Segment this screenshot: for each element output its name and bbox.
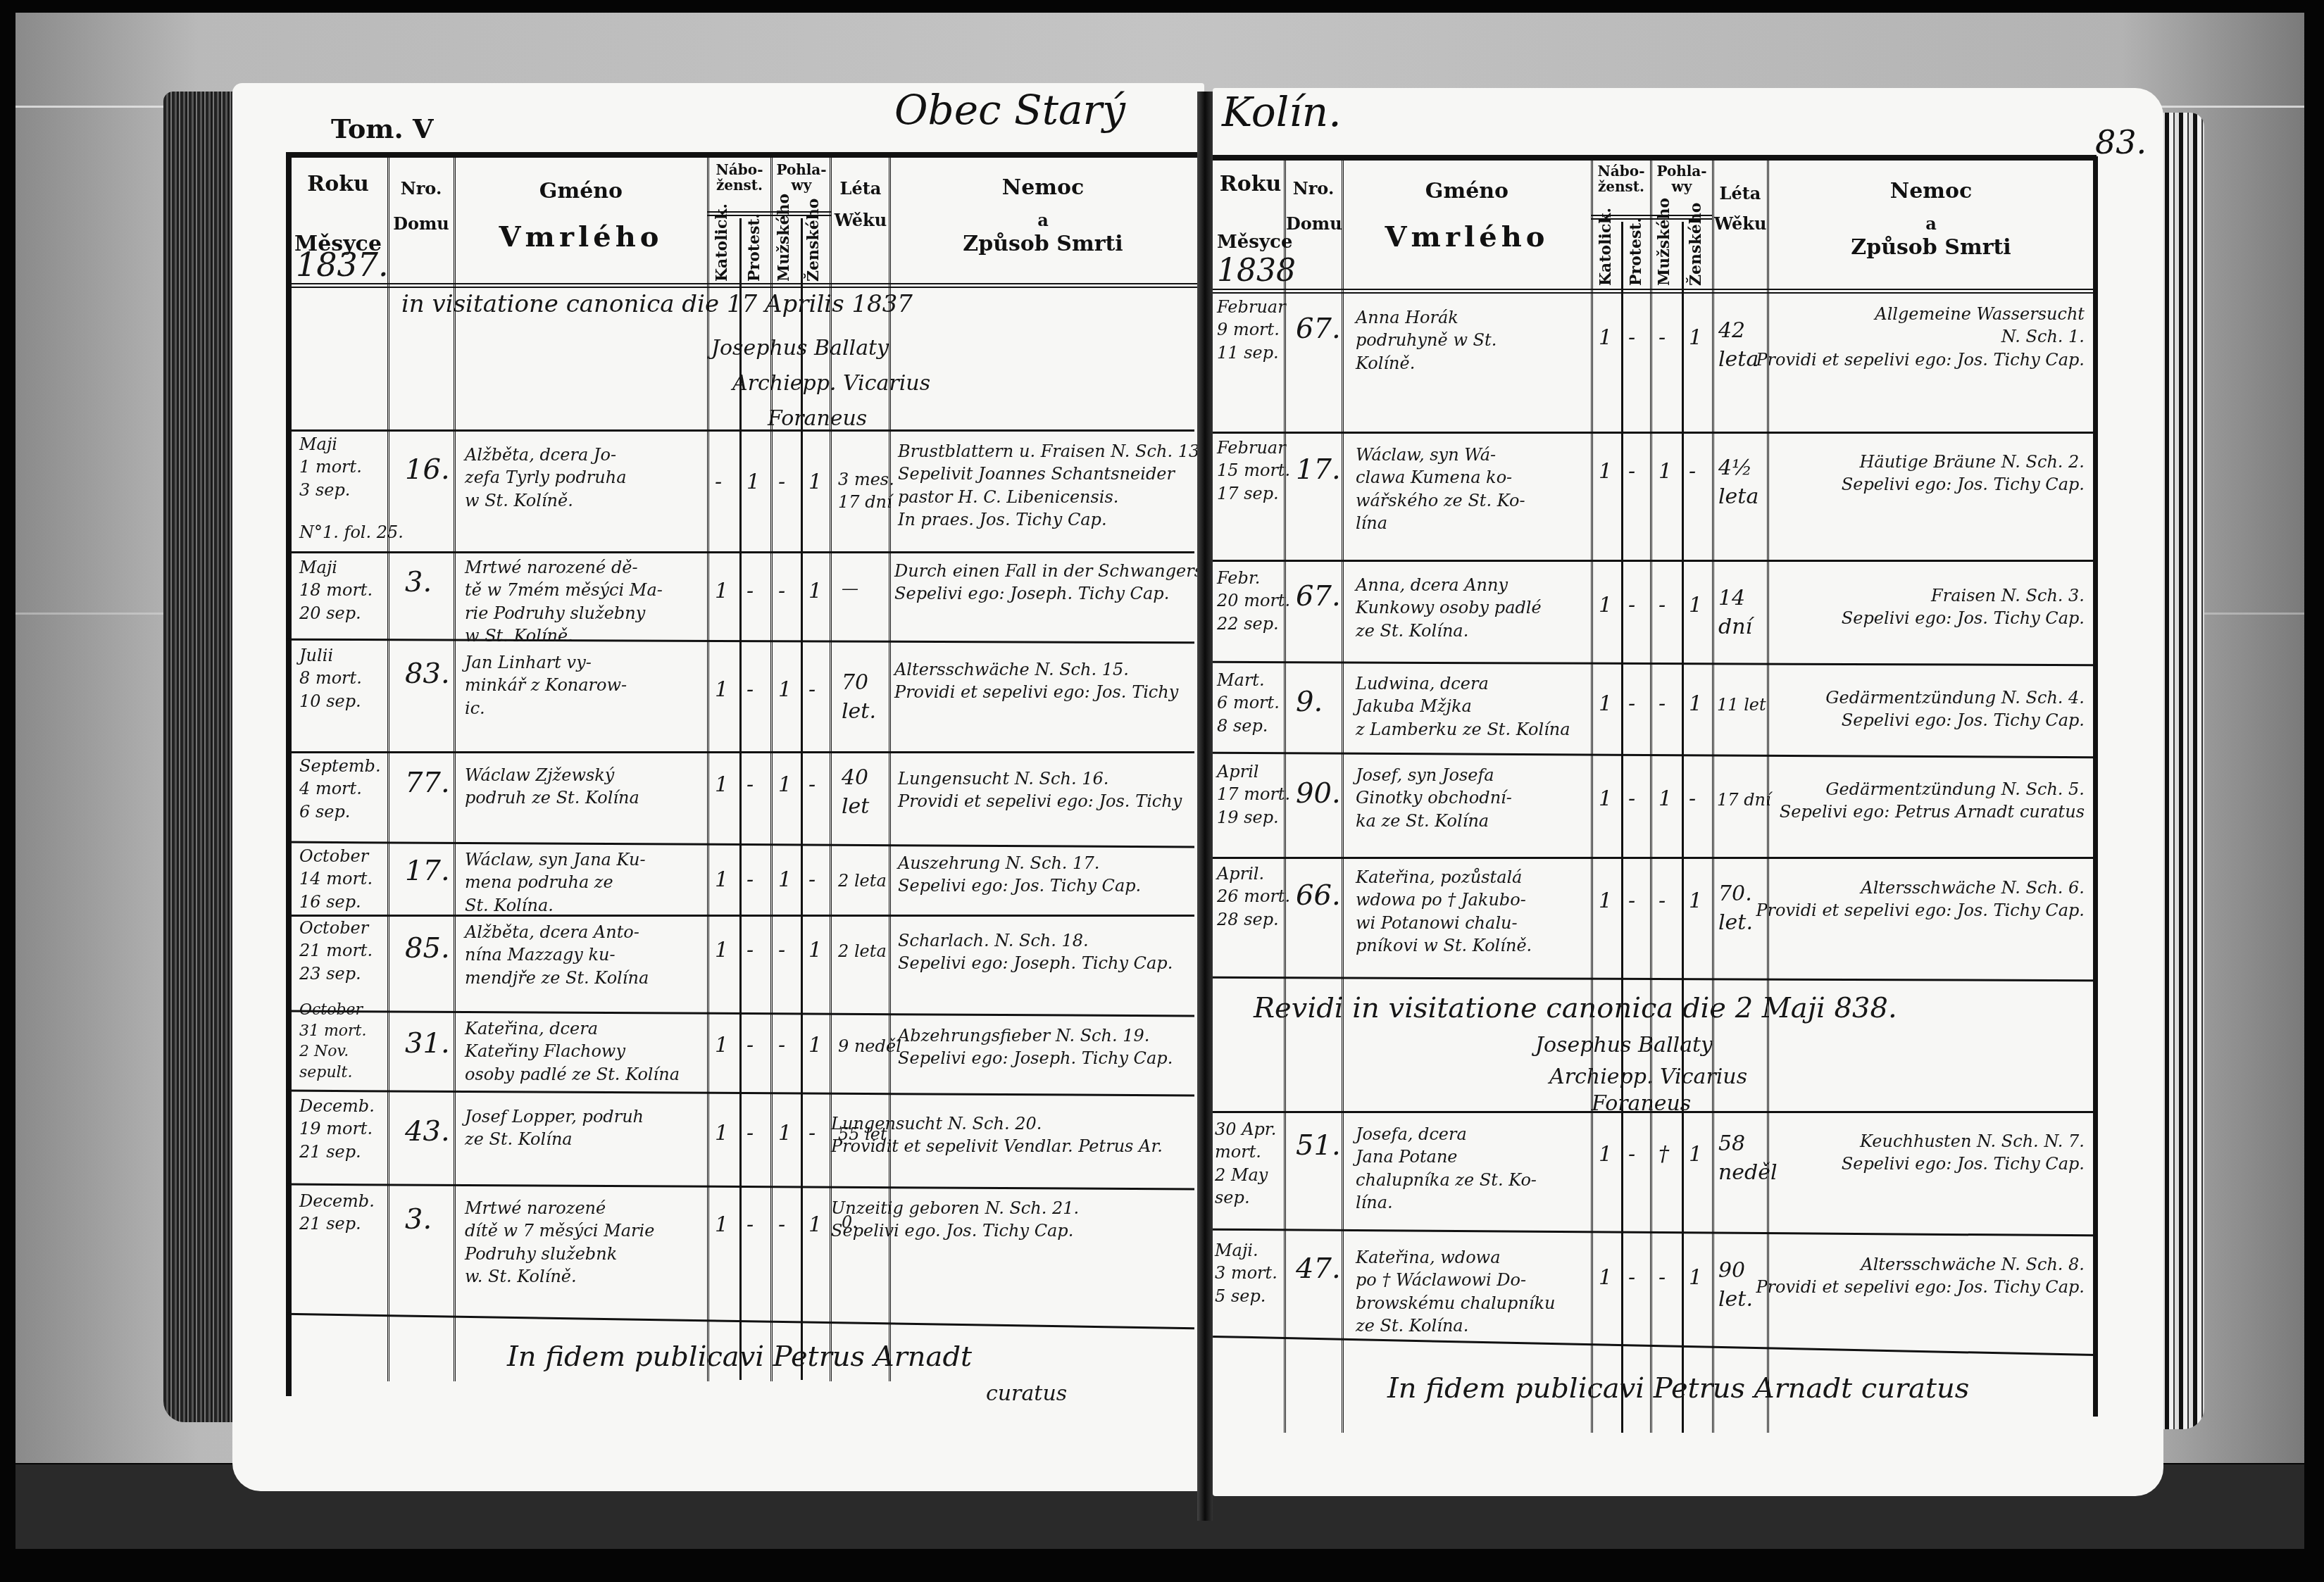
row-katolick: 1 [715, 577, 728, 606]
row-muzskeho: 1 [778, 866, 792, 895]
row-name: Anna Horák podruhyně w St. Kolíně. [1356, 306, 1497, 375]
row-name: Mrtwé narozené dítě w 7 měsýci Marie Pod… [465, 1197, 654, 1288]
row-divider [1213, 432, 2094, 434]
header-katolick: Katolick. [713, 220, 731, 282]
header-zpusob-smrti: Způsob Smrti [892, 232, 1194, 256]
row-protest: - [1628, 458, 1635, 486]
table-right-border [2093, 156, 2098, 1417]
header-nro: Nro. [389, 180, 453, 198]
header-nro: Nro. [1286, 180, 1341, 198]
row-katolick: 1 [1599, 324, 1612, 353]
row-katolick: 1 [1599, 690, 1612, 719]
row-name: Kateřina, wdowa po † Wáclawowi Do- brows… [1356, 1246, 1556, 1338]
visitation-note-right: Revidi in visitatione canonica die 2 Maj… [1254, 989, 1897, 1027]
row-house-number: 3. [405, 563, 432, 601]
row-protest: - [746, 771, 754, 800]
row-cause: Keuchhusten N. Sch. N. 7. Sepelivi ego: … [1662, 1130, 2085, 1176]
row-divider [1213, 560, 2094, 562]
row-name: Ludwina, dcera Jakuba Mžjka z Lamberku z… [1356, 672, 1570, 741]
visitation-signature: Josephus Ballaty [1535, 1031, 1713, 1060]
header-zenskeho: Ženského [804, 220, 823, 282]
header-roku: Roku [290, 172, 386, 196]
row-name: Wáclaw Zjžewský podruh ze St. Kolína [465, 764, 639, 810]
row-date: 30 Apr. mort. 2 May sep. [1215, 1118, 1276, 1210]
row-age: 70 let. [842, 669, 876, 726]
row-house-number: 67. [1296, 310, 1341, 348]
row-zenskeho: - [808, 771, 816, 800]
row-date: Februar 15 mort. 17 sep. [1217, 437, 1290, 505]
row-protest: - [1628, 1141, 1635, 1169]
row-cause: Altersschwäche N. Sch. 6. Providi et sep… [1662, 877, 2085, 922]
header-gmeno: Gméno [456, 180, 706, 203]
row-katolick: 1 [1599, 1141, 1612, 1169]
row-house-number: 9. [1296, 683, 1323, 721]
heading-right: Kolín. [1222, 88, 1342, 136]
volume-label: Tom. V [331, 113, 433, 144]
header-bottom-rule [286, 283, 1197, 288]
row-katolick: - [715, 468, 722, 497]
row-katolick: 1 [1599, 1264, 1612, 1293]
header-top-rule [286, 152, 1197, 158]
visitation-signature-title: Archiepp. Vicarius [732, 370, 930, 398]
header-vmreleho: Vmrlého [456, 222, 706, 253]
row-divider [1213, 857, 2094, 859]
row-protest: - [1628, 887, 1635, 916]
row-zenskeho: - [808, 676, 816, 705]
book-gutter [1197, 92, 1213, 1521]
year-1837: 1837. [296, 243, 389, 287]
row-cause: Gedärmentzündung N. Sch. 5. Sepelivi ego… [1662, 778, 2085, 824]
row-house-number: 43. [405, 1112, 450, 1150]
row-protest: - [746, 1031, 754, 1060]
row-name: Josefa, dcera Jana Potane chalupníka ze … [1356, 1123, 1537, 1214]
row-name: Kateřina, dcera Kateřiny Flachowy osoby … [465, 1017, 680, 1086]
row-cause: Brustblattern u. Fraisen N. Sch. 13. Sep… [898, 440, 1205, 532]
header-zenskeho: Ženského [1687, 224, 1705, 286]
header-nabozenstvi: Nábo- ženst. [1592, 163, 1650, 194]
header-veku: Wěku [1714, 215, 1766, 233]
row-cause: Lungensucht N. Sch. 20. Providit et sepe… [831, 1112, 1163, 1158]
row-protest: 1 [746, 468, 760, 497]
row-katolick: 1 [715, 1211, 728, 1240]
row-date: October 21 mort. 23 sep. [299, 917, 373, 985]
row-katolick: 1 [715, 936, 728, 965]
row-cause: Lungensucht N. Sch. 16. Providi et sepel… [898, 767, 1182, 813]
row-divider [286, 429, 1194, 432]
row-house-number: 85. [405, 929, 450, 967]
row-name: Josef Lopper, podruh ze St. Kolína [465, 1105, 644, 1151]
row-house-number: 47. [1296, 1250, 1341, 1288]
row-house-number: 51. [1296, 1126, 1341, 1164]
row-name: Alžběta, dcera Anto- nína Mazzagy ku- me… [465, 921, 649, 989]
row-katolick: 1 [715, 1119, 728, 1148]
row-cause: Altersschwäche N. Sch. 15. Providi et se… [894, 658, 1178, 704]
row-cause: Auszehrung N. Sch. 17. Sepelivi ego: Jos… [898, 852, 1141, 898]
header-muzskeho: Mužského [1655, 224, 1673, 286]
row-cause: Altersschwäche N. Sch. 8. Providi et sep… [1662, 1253, 2085, 1299]
visitation-note: in visitatione canonica die 17 Aprilis 1… [401, 289, 913, 321]
row-protest: - [1628, 785, 1635, 814]
header-leta: Léta [832, 180, 889, 198]
column-divider [454, 156, 458, 1381]
row-date: April 17 mort. 19 sep. [1217, 760, 1290, 829]
header-zpusob-smrti: Způsob Smrti [1769, 236, 2093, 259]
book-page-stack-left [163, 92, 241, 1422]
row-age: — [842, 577, 858, 600]
row-name: Josef, syn Josefa Ginotky obchodní- ka z… [1356, 764, 1512, 832]
row-divider [286, 915, 1194, 917]
header-vmreleho: Vmrlého [1344, 222, 1590, 253]
row-age: 2 leta [838, 870, 887, 892]
row-name: Wáclaw, syn Jana Ku- mena podruha ze St.… [465, 848, 646, 917]
row-house-number: 77. [405, 764, 450, 802]
row-muzskeho: 1 [778, 676, 792, 705]
row-house-number: 17. [405, 852, 450, 890]
row-cause: Allgemeine Wassersucht N. Sch. 1. Provid… [1662, 303, 2085, 371]
row-zenskeho: 1 [808, 1211, 822, 1240]
header-pohlavi: Pohla- wy [1651, 163, 1712, 194]
row-protest: - [746, 1211, 754, 1240]
row-zenskeho: 1 [808, 468, 822, 497]
row-name: Jan Linhart vy- minkář z Konarow- ic. [465, 651, 627, 720]
header-protest: Protest. [745, 220, 763, 282]
row-protest: - [746, 866, 754, 895]
column-divider [1591, 158, 1596, 1433]
row-protest: - [746, 1119, 754, 1148]
header-a: a [892, 211, 1194, 230]
row-age: 40 let [842, 764, 869, 821]
column-divider [1682, 222, 1684, 1433]
row-name: Alžběta, dcera Jo- zefa Tyrly podruha w … [465, 444, 626, 512]
row-protest: - [1628, 591, 1635, 620]
row-muzskeho: 1 [778, 1119, 792, 1148]
row-date: April. 26 mort. 28 sep. [1217, 862, 1290, 931]
row-katolick: 1 [715, 676, 728, 705]
row-date: Maji. 3 mort. 5 sep. [1215, 1239, 1277, 1307]
row-date: Decemb. 19 mort. 21 sep. [299, 1095, 375, 1163]
row-name: Kateřina, pozůstalá wdowa po † Jakubo- w… [1356, 866, 1532, 958]
row-cause: Abzehrungsfieber N. Sch. 19. Sepelivi eg… [898, 1024, 1173, 1070]
row-zenskeho: - [808, 1119, 816, 1148]
row-reference: N°1. fol. 25. [299, 521, 404, 544]
row-protest: - [1628, 1264, 1635, 1293]
row-divider [286, 551, 1194, 553]
row-house-number: 90. [1296, 774, 1341, 812]
row-protest: - [746, 936, 754, 965]
header-muzskeho: Mužského [775, 220, 793, 282]
header-protest: Protest. [1627, 224, 1645, 286]
row-cause: Häutige Bräune N. Sch. 2. Sepelivi ego: … [1662, 451, 2085, 496]
row-age: 3 mes. 17 dní [838, 468, 894, 514]
row-cause: Unzeitig geboren N. Sch. 21. Sepelivi eg… [831, 1197, 1079, 1243]
heading-left: Obec Starý [894, 86, 1125, 134]
row-muzskeho: - [778, 1031, 785, 1060]
row-divider [286, 751, 1194, 753]
row-date: Febr. 20 mort. 22 sep. [1217, 567, 1290, 635]
row-katolick: 1 [1599, 591, 1612, 620]
header-nemoc: Nemoc [1769, 180, 2093, 203]
row-muzskeho: - [778, 936, 785, 965]
header-roku: Roku [1217, 172, 1284, 196]
row-protest: - [746, 676, 754, 705]
row-name: Anna, dcera Anny Kunkowy osoby padlé ze … [1356, 574, 1542, 642]
row-cause: Gedärmentzündung N. Sch. 4. Sepelivi ego… [1662, 686, 2085, 732]
row-date: Septemb. 4 mort. 6 sep. [299, 755, 381, 823]
row-name: Mrtwé narozené dě- tě w 7mém měsýci Ma- … [465, 556, 663, 648]
header-a: a [1769, 215, 2093, 233]
row-muzskeho: - [778, 1211, 785, 1240]
row-katolick: 1 [1599, 785, 1612, 814]
column-divider [1621, 222, 1623, 1433]
row-date: October 14 mort. 16 sep. [299, 845, 373, 913]
row-katolick: 1 [1599, 887, 1612, 916]
row-zenskeho: - [808, 866, 816, 895]
row-house-number: 17. [1296, 451, 1341, 489]
row-date: Decemb. 21 sep. [299, 1190, 375, 1236]
row-katolick: 1 [1599, 458, 1612, 486]
header-gmeno: Gméno [1344, 180, 1590, 203]
row-cause: Scharlach. N. Sch. 18. Sepelivi ego: Jos… [898, 929, 1173, 975]
table-left-border [286, 153, 292, 1396]
row-zenskeho: 1 [808, 936, 822, 965]
header-pohlavi: Pohla- wy [773, 162, 830, 193]
column-divider [387, 156, 392, 1381]
row-house-number: 66. [1296, 877, 1341, 915]
row-age: 2 leta [838, 940, 887, 962]
column-divider [1650, 158, 1655, 1433]
row-house-number: 83. [405, 655, 450, 693]
header-domu: Domu [389, 215, 453, 233]
row-protest: - [746, 577, 754, 606]
row-date: Mart. 6 mort. 8 sep. [1217, 669, 1280, 737]
row-age: 9 neděl [838, 1035, 901, 1057]
row-muzskeho: - [778, 577, 785, 606]
visitation-signature-title: Archiepp. Vicarius [1549, 1063, 1747, 1092]
row-date: Julii 8 mort. 10 sep. [299, 644, 362, 712]
row-date: Maji 1 mort. 3 sep. [299, 433, 362, 501]
year-1838: 1838 [1217, 250, 1296, 291]
row-house-number: 67. [1296, 577, 1341, 615]
row-cause: Fraisen N. Sch. 3. Sepelivi ego: Jos. Ti… [1662, 584, 2085, 630]
visitation-signature-place: Foraneus [1592, 1090, 1691, 1119]
row-protest: - [1628, 324, 1635, 353]
header-nemoc: Nemoc [892, 176, 1194, 199]
row-katolick: 1 [715, 1031, 728, 1060]
row-katolick: 1 [715, 866, 728, 895]
header-nabozenstvi: Nábo- ženst. [708, 162, 770, 193]
header-veku: Wěku [832, 211, 889, 230]
closing-note-left-title: curatus [986, 1380, 1067, 1409]
row-katolick: 1 [715, 771, 728, 800]
header-leta: Léta [1714, 184, 1766, 203]
row-date: Februar 9 mort. 11 sep. [1217, 296, 1286, 364]
column-divider [1342, 158, 1347, 1433]
row-house-number: 16. [405, 451, 450, 489]
row-zenskeho: 1 [808, 577, 822, 606]
closing-note-right: In fidem publicavi Petrus Arnadt curatus [1387, 1369, 1969, 1407]
row-name: Wáclaw, syn Wá- clawa Kumena ko- wářskéh… [1356, 444, 1525, 535]
row-house-number: 31. [405, 1024, 450, 1062]
header-domu: Domu [1286, 215, 1341, 233]
page-number: 83. [2095, 123, 2147, 161]
visitation-signature: Josephus Ballaty [711, 334, 889, 363]
row-date: October 31 mort. 2 Nov. sepult. [299, 1000, 366, 1084]
row-date: Maji 18 mort. 20 sep. [299, 556, 373, 624]
row-zenskeho: 1 [808, 1031, 822, 1060]
row-house-number: 3. [405, 1200, 432, 1238]
row-muzskeho: 1 [778, 771, 792, 800]
header-katolick: Katolick. [1597, 224, 1615, 286]
closing-note-left: In fidem publicavi Petrus Arnadt [507, 1338, 972, 1376]
row-muzskeho: - [778, 468, 785, 497]
row-protest: - [1628, 690, 1635, 719]
